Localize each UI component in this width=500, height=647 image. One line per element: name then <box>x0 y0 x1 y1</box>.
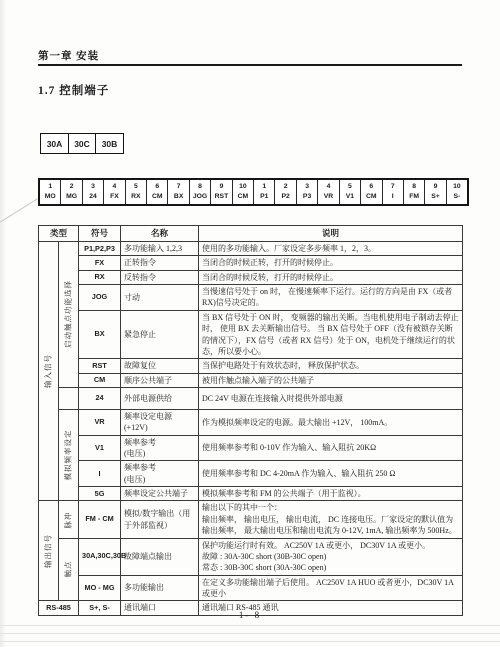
terminal-label: RST <box>215 192 229 202</box>
symbol-cell: FX <box>79 256 121 270</box>
table-row: 模拟频率设定 VR 频率设定电源 (+12V) 作为模拟频率设定的电源。最大输出… <box>39 409 463 435</box>
table-header-row: 类型 符号 名称 说明 <box>39 226 463 242</box>
table-row: 24 外部电源供给 DC 24V 电源在连接输入时提供外部电源 <box>39 387 463 409</box>
terminal-number: 6 <box>369 182 373 192</box>
table-row: FX 正转指令 当闭合的时候正转，打开的时候停止。 <box>39 256 463 270</box>
header-type: 类型 <box>39 226 79 242</box>
terminal-cell: 7I <box>382 180 403 204</box>
description-cell: 模拟频率参考和 FM 的公共端子（用于监视）。 <box>199 487 463 501</box>
table-row: RST 故障复位 当保护电路处于有效状态时， 释放保护状态。 <box>39 359 463 373</box>
terminal-cell: 2MG <box>60 180 81 204</box>
terminal-label: RX <box>131 192 140 202</box>
symbol-cell: BX <box>79 310 121 358</box>
terminal-label: MG <box>66 192 77 202</box>
description-cell: 被用作触点输入端子的公共端子 <box>199 373 463 387</box>
terminal-number: 5 <box>348 182 352 192</box>
terminal-label: I <box>392 192 394 202</box>
terminal-cell: 10CM <box>232 180 253 204</box>
symbol-cell: 30A,30C,30B <box>79 538 121 575</box>
description-cell: 当慢速信号处于 on 时， 在慢速频率下运行。运行的方向是由 FX（或者 RX)… <box>199 285 463 311</box>
relay-terminal-30b: 30B <box>95 133 124 154</box>
header-description: 说明 <box>199 226 463 242</box>
terminal-cell: 6CM <box>146 180 167 204</box>
symbol-cell: VR <box>79 409 121 435</box>
symbol-cell: MO - MG <box>79 575 121 601</box>
scan-streak <box>0 641 500 642</box>
table-row: MO - MG 多功能输出 在定义多功能输出端子后使用。 AC250V 1A H… <box>39 575 463 601</box>
terminal-cell: 4VR <box>317 180 338 204</box>
group-start-contact: 启动触点功能选择 <box>59 242 79 388</box>
symbol-cell: FM - CM <box>79 501 121 538</box>
terminal-cell: 1MO <box>40 180 60 204</box>
name-cell: 正转指令 <box>121 256 199 270</box>
terminal-number: 1 <box>48 182 52 192</box>
description-cell: 输出以下的其中一个： 输出频率， 输出电压， 输出电流， DC 连接电压。厂家设… <box>199 501 463 538</box>
table-row: CM 顺序公共端子 被用作触点输入端子的公共端子 <box>39 373 463 387</box>
terminal-cell: 9RST <box>210 180 231 204</box>
terminal-number: 8 <box>198 182 202 192</box>
group-pulse: 脉冲 <box>59 501 79 538</box>
terminal-label: CM <box>366 192 377 202</box>
header-rule <box>38 64 462 66</box>
terminal-cell: 3P3 <box>296 180 317 204</box>
terminal-label: P1 <box>260 192 268 202</box>
symbol-cell: 5G <box>79 487 121 501</box>
terminal-number: 7 <box>391 182 395 192</box>
terminal-label: CM <box>238 192 249 202</box>
table-row: RX 反转指令 当闭合的时候反转，打开的时候停止。 <box>39 270 463 284</box>
terminal-cell: 8JOG <box>189 180 210 204</box>
control-terminal-strip: 1MO 2MG 324 4FX 5RX 6CM 7BX 8JOG 9RST 10… <box>38 178 469 206</box>
name-cell: 频率设定公共端子 <box>121 487 199 501</box>
group-output-signal: 输出信号 <box>39 501 59 601</box>
scan-streak <box>0 633 500 634</box>
terminal-description-table: 类型 符号 名称 说明 输入信号 启动触点功能选择 P1,P2,P3 多功能输入… <box>38 225 462 616</box>
chapter-heading: 第一章 安装 <box>38 48 99 63</box>
symbol-cell: RX <box>79 270 121 284</box>
terminal-label: P2 <box>282 192 290 202</box>
terminal-number: 6 <box>155 182 159 192</box>
scan-streak <box>0 625 500 626</box>
terminal-cell: 2P2 <box>274 180 295 204</box>
terminal-label: S- <box>454 192 461 202</box>
terminal-label: 24 <box>89 192 97 202</box>
description-cell: 使用的多功能输入。厂家设定多步频率 1，2，3。 <box>199 242 463 256</box>
table-row: 触点 30A,30C,30B 故障端点输出 保护功能运行时有效。 AC250V … <box>39 538 463 575</box>
description-cell: 作为模拟频率设定的电源。最大输出 +12V， 100mA。 <box>199 409 463 435</box>
relay-terminal-30c: 30C <box>68 133 97 154</box>
terminal-number: 9 <box>434 182 438 192</box>
table-row: 5G 频率设定公共端子 模拟频率参考和 FM 的公共端子（用于监视）。 <box>39 487 463 501</box>
table-row: I 频率参考 (电压) 使用频率参考和 DC 4-20mA 作为输入、输入阻抗 … <box>39 461 463 487</box>
terminal-number: 4 <box>113 182 117 192</box>
name-cell: 频率参考 (电压) <box>121 461 199 487</box>
terminal-label: FX <box>110 192 119 202</box>
description-cell: 当闭合的时候正转，打开的时候停止。 <box>199 256 463 270</box>
terminal-cell: 4FX <box>103 180 124 204</box>
table-row: JOG 寸动 当慢速信号处于 on 时， 在慢速频率下运行。运行的方向是由 FX… <box>39 285 463 311</box>
terminal-number: 1 <box>262 182 266 192</box>
terminal-cell: 324 <box>82 180 103 204</box>
terminal-cell: 10S- <box>446 180 467 204</box>
name-cell: 频率参考 (电压) <box>121 435 199 461</box>
terminal-number: 3 <box>91 182 95 192</box>
terminal-label: P3 <box>303 192 311 202</box>
terminal-label: V1 <box>346 192 354 202</box>
symbol-cell: JOG <box>79 285 121 311</box>
terminal-number: 5 <box>134 182 138 192</box>
name-cell: 多功能输入 1,2,3 <box>121 242 199 256</box>
name-cell: 顺序公共端子 <box>121 373 199 387</box>
terminal-cell: 6CM <box>360 180 381 204</box>
description-cell: 当闭合的时候反转，打开的时候停止。 <box>199 270 463 284</box>
symbol-cell: P1,P2,P3 <box>79 242 121 256</box>
relay-terminal-blocks: 30A 30C 30B <box>40 133 124 154</box>
group-empty <box>59 387 79 409</box>
name-cell: 紧急停止 <box>121 310 199 358</box>
terminal-label: VR <box>324 192 333 202</box>
name-cell: 模拟/数字输出（用于外部监视） <box>121 501 199 538</box>
table-row: 输出信号 脉冲 FM - CM 模拟/数字输出（用于外部监视） 输出以下的其中一… <box>39 501 463 538</box>
page-number: 1- 8 <box>38 610 462 620</box>
name-cell: 寸动 <box>121 285 199 311</box>
symbol-cell: V1 <box>79 435 121 461</box>
group-contact: 触点 <box>59 538 79 601</box>
table-row: 输入信号 启动触点功能选择 P1,P2,P3 多功能输入 1,2,3 使用的多功… <box>39 242 463 256</box>
document-page: 第一章 安装 1.7 控制端子 30A 30C 30B 1MO 2MG 324 … <box>0 0 500 647</box>
terminal-number: 4 <box>327 182 331 192</box>
description-cell: 在定义多功能输出端子后使用。 AC250V 1A HUO 或者更小，DC30V … <box>199 575 463 601</box>
name-cell: 故障端点输出 <box>121 538 199 575</box>
terminal-number: 8 <box>412 182 416 192</box>
group-analog-frequency: 模拟频率设定 <box>59 409 79 501</box>
symbol-cell: I <box>79 461 121 487</box>
name-cell: 外部电源供给 <box>121 387 199 409</box>
terminal-cell: 5RX <box>125 180 146 204</box>
description-cell: 当保护电路处于有效状态时， 释放保护状态。 <box>199 359 463 373</box>
description-cell: 使用频率参考和 DC 4-20mA 作为输入、输入阻抗 250 Ω <box>199 461 463 487</box>
table-row: V1 频率参考 (电压) 使用频率参考和 0-10V 作为输入、输入阻抗 20K… <box>39 435 463 461</box>
relay-terminal-30a: 30A <box>40 133 69 154</box>
terminal-number: 2 <box>70 182 74 192</box>
terminal-cell: 1P1 <box>253 180 274 204</box>
header-symbol: 符号 <box>79 226 121 242</box>
scan-edge-shadow <box>0 0 6 647</box>
terminal-number: 3 <box>305 182 309 192</box>
terminal-number: 2 <box>284 182 288 192</box>
terminal-number: 10 <box>453 182 461 192</box>
terminal-label: FM <box>409 192 419 202</box>
description-cell: 保护功能运行时有效。 AC250V 1A 或更小， DC30V 1A 或更小。 … <box>199 538 463 575</box>
group-input-signal: 输入信号 <box>39 242 59 501</box>
terminal-cell: 8FM <box>403 180 424 204</box>
description-cell: 使用频率参考和 0-10V 作为输入、输入阻抗 20KΩ <box>199 435 463 461</box>
description-cell: 当 BX 信号处于 ON 时， 变频器的输出关断。当电机使用电子制动去停止时， … <box>199 310 463 358</box>
symbol-cell: 24 <box>79 387 121 409</box>
symbol-cell: RST <box>79 359 121 373</box>
description-cell: DC 24V 电源在连接输入时提供外部电源 <box>199 387 463 409</box>
header-name: 名称 <box>121 226 199 242</box>
name-cell: 频率设定电源 (+12V) <box>121 409 199 435</box>
terminal-number: 10 <box>239 182 247 192</box>
terminal-label: JOG <box>193 192 207 202</box>
section-title: 1.7 控制端子 <box>38 82 109 98</box>
table-row: BX 紧急停止 当 BX 信号处于 ON 时， 变频器的输出关断。当电机使用电子… <box>39 310 463 358</box>
name-cell: 反转指令 <box>121 270 199 284</box>
name-cell: 故障复位 <box>121 359 199 373</box>
terminal-cell: 9S+ <box>424 180 445 204</box>
symbol-cell: CM <box>79 373 121 387</box>
terminal-label: MO <box>45 192 56 202</box>
terminal-number: 7 <box>177 182 181 192</box>
name-cell: 多功能输出 <box>121 575 199 601</box>
terminal-label: CM <box>152 192 163 202</box>
terminal-number: 9 <box>220 182 224 192</box>
terminal-label: BX <box>174 192 183 202</box>
terminal-label: S+ <box>431 192 440 202</box>
terminal-cell: 7BX <box>167 180 188 204</box>
terminal-cell: 5V1 <box>339 180 360 204</box>
